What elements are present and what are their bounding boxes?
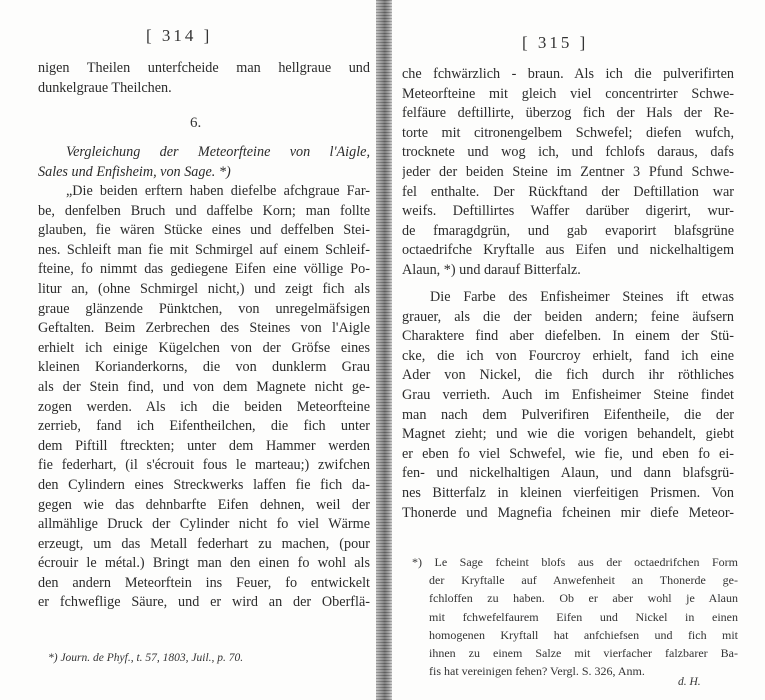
text-line: Grau verrieth. Auch im Enfisheimer Stein… [402,386,734,406]
text-line: fel enthalte. Der Rückftand der Deftilla… [402,183,734,203]
text-line: weifs. Deftillirtes Waffer darüber diger… [402,202,734,222]
text-line: fteine, fo nimmt das gediegene Eifen ein… [38,260,370,280]
text-line: erhielt ich einige Kügelchen von der Grö… [38,339,370,359]
text-line: torte mit citronengelbem Schwefel; diefe… [402,124,734,144]
text-line: octaedrifche Kryftalle aus Eifen und nic… [402,241,734,261]
text-line: de fmaragdgrün, und gab evaporirt blafsg… [402,222,734,242]
footnote-right: *) Le Sage fcheint blofs aus der octaedr… [412,553,738,680]
left-page: [ 314 ] nigen Theilen unterfcheide man h… [0,0,376,700]
footnote-text: *) Journ. de Phyf., t. 57, 1803, Juil., … [48,652,243,664]
footnote-signature: d. H. [678,676,701,688]
page-number-right: [ 315 ] [522,33,588,53]
text-line: den andern Meteorftein ins Feuer, fo ent… [38,574,370,594]
text-line: nigen Theilen unterfcheide man hellgraue… [38,59,370,79]
text-line: che fchwärzlich - braun. Als ich die pul… [402,65,734,85]
right-page: [ 315 ] che fchwärzlich - braun. Als ich… [392,0,765,700]
text-line: zogen werden. Als ich die beiden Meteorf… [38,398,370,418]
footnote-line: ihnen zu einem Salze mit vierfacher falz… [412,644,738,662]
body-text: „Die beiden erftern haben diefelbe afchg… [38,182,370,613]
footnote-line: fchloffen zu haben. Ob er aber wohl je A… [412,589,738,607]
text-line: gegen wie das dehnbarfte Eifen dehnen, w… [38,496,370,516]
text-line: Die Farbe des Enfisheimer Steines ift et… [402,288,734,308]
section-title-line: Sales und Enfisheim, von Sage. *) [38,163,370,183]
text-line: dem Piftill ftreckten; unter dem Hammer … [38,437,370,457]
footnote-line: *) Le Sage fcheint blofs aus der octaedr… [412,553,738,571]
text-line: er eben fo viel Schwefel, wie fie, und e… [402,445,734,465]
text-line: zerrieb, fand ich Eifentheilchen, die fi… [38,417,370,437]
footnote-left: *) Journ. de Phyf., t. 57, 1803, Juil., … [48,649,348,667]
text-line: grauer, als die der beiden andern; feine… [402,308,734,328]
footnote-line: mit fchwefelfaurem Eifen und Nickel in e… [412,608,738,626]
text-line: fen- und nickelhaltigen Alaun, und dann … [402,464,734,484]
section-number: 6. [190,115,201,132]
text-line: Magnet zieht; und wie die vorigen behand… [402,425,734,445]
text-line: den Cylindern eines Streckwerks laffen f… [38,476,370,496]
text-line: erzeugt, um das Metall federhart zu mach… [38,535,370,555]
body-text: che fchwärzlich - braun. Als ich die pul… [402,65,734,281]
text-line: als der Stein find, und von dem Magnete … [38,378,370,398]
text-line: jeder der beiden Steine im Zentner 3 Pfu… [402,163,734,183]
text-line: Charaktere find aber diefelben. In einem… [402,327,734,347]
text-line: Meteorfteine mit gleich viel concentrirt… [402,85,734,105]
section-title-line: Vergleichung der Meteorfteine von l'Aigl… [38,143,370,163]
text-line: fie federhart, (il s'écrouit fous le mar… [38,456,370,476]
text-line: er fchweflige Säure, und er wird an der … [38,593,370,613]
text-line: nes Bitterfalz in kleinen vierfeitigen P… [402,484,734,504]
text-line: man nach dem Pulverifiren Eifentheile, d… [402,406,734,426]
page-number-left: [ 314 ] [146,26,212,46]
text-line: dunkelgraue Theilchen. [38,79,370,99]
footnote-line: der Kryftalle auf Anwefenheit an Thonerd… [412,571,738,589]
text-line: kleinen Korianderkorns, die von dunklerm… [38,358,370,378]
section-heading: Vergleichung der Meteorfteine von l'Aigl… [38,143,370,182]
text-line: litur an, (ohne Schmirgel nicht,) und ze… [38,280,370,300]
text-line: cke, die ich von Fourcroy erhielt, fand … [402,347,734,367]
text-line: écrouir le métal.) Bringt man den einen … [38,554,370,574]
text-line: trocknete und wog ich, und fchlofs darau… [402,143,734,163]
text-line: Alaun, *) und darauf Bitterfalz. [402,261,734,281]
text-line: glauben, fie wären Stücke eines und deff… [38,221,370,241]
text-line: be, denfelben Bruch und daffelbe Korn; m… [38,202,370,222]
text-line: Thonerde und Magnefia fcheinen mir diefe… [402,504,734,524]
text-line: graue glänzende Pünktchen, von unregelmä… [38,300,370,320]
continuation-text: nigen Theilen unterfcheide man hellgraue… [38,59,370,98]
book-gutter [376,0,392,700]
text-line: allmählige Druck der Cylinder nicht fo v… [38,515,370,535]
body-text-2: Die Farbe des Enfisheimer Steines ift et… [402,288,734,523]
footnote-line: homogenen Kryftall hat anfchiefsen und f… [412,626,738,644]
text-line: nes. Schleift man fie mit Schmirgel auf … [38,241,370,261]
text-line: Ader von Nickel, die fich durch ihr röth… [402,366,734,386]
text-line: „Die beiden erftern haben diefelbe afchg… [38,182,370,202]
text-line: felfäure deftillirte, überzog fich der H… [402,104,734,124]
text-line: Geftalten. Beim Zerbrechen des Steines v… [38,319,370,339]
